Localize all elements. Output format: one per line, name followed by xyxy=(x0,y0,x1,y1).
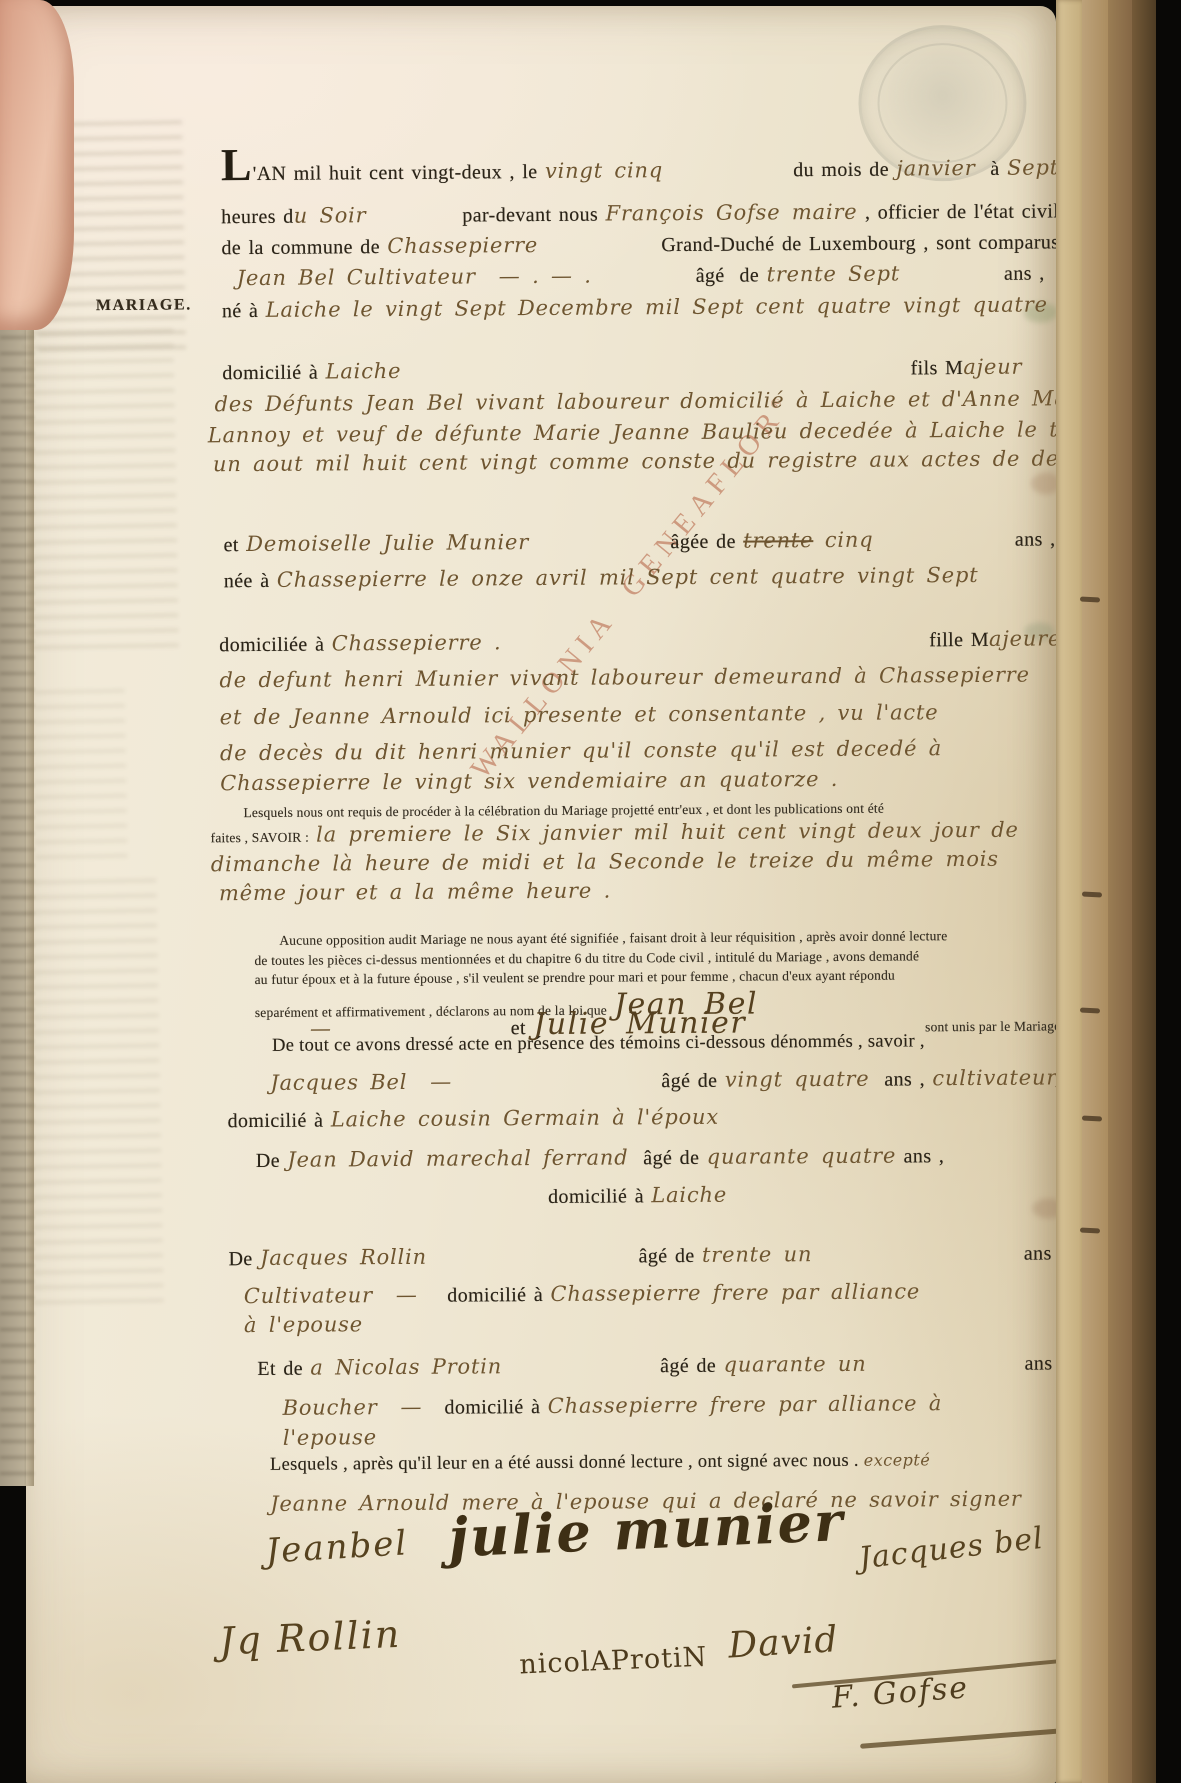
text-segment: Laiche xyxy=(325,359,401,384)
signature-nicolas-protin: nicolAProtiN xyxy=(519,1642,708,1681)
text-segment: domicilié à xyxy=(418,1284,551,1308)
spacer xyxy=(427,1262,639,1263)
bleed-through-text xyxy=(23,329,179,662)
text-segment: Laiche cousin Germain à l'époux xyxy=(331,1105,719,1132)
text-segment: ans , xyxy=(1015,528,1056,551)
signature-jean-bel: Jeanbel xyxy=(264,1523,409,1571)
line-witness1-domicile: domicilié à Laiche cousin Germain à l'ép… xyxy=(227,1103,947,1133)
book-scan-background: { "document": { "margin_label": "MARIAGE… xyxy=(0,0,1181,1783)
text-segment: Lannoy et veuf de défunte Marie Jeanne B… xyxy=(208,417,1120,447)
text-segment: au futur époux et à la future épouse , s… xyxy=(255,968,896,988)
text-segment: âgé de xyxy=(696,264,767,287)
text-segment: — xyxy=(377,1395,422,1419)
book-page-edges xyxy=(1108,0,1132,1783)
line-bride-parents-4: Chassepierre le vingt six vendemiaire an… xyxy=(220,766,920,795)
text-segment: François Gofse maire xyxy=(605,200,857,226)
text-segment: Chassepierre frere par alliance à xyxy=(548,1391,943,1418)
text-segment: Lesquels , après qu'il leur en a été aus… xyxy=(270,1451,864,1476)
line-witness4-occupation-domicile: Boucher — domicilié à Chassepierre frere… xyxy=(282,1390,1064,1420)
line-publications-hand-2: même jour et a la même heure . xyxy=(219,876,919,905)
book-page-edges xyxy=(1056,0,1082,1783)
line-groom-parents-1: des Défunts Jean Bel vivant laboureur do… xyxy=(214,386,1062,416)
text-segment: 'AN mil huit cent vingt-deux , le xyxy=(253,161,545,186)
text-segment: et xyxy=(223,534,246,557)
text-segment: Chassepierre le onze avril mil Sept cent… xyxy=(277,563,979,592)
spacer xyxy=(502,1372,660,1373)
line-bride-name-age: et Demoiselle Julie Munierâgée de trente… xyxy=(223,526,1055,557)
text-segment: à xyxy=(975,158,1007,181)
text-segment: cinq xyxy=(813,528,873,552)
line-groom-birth: né à Laiche le vingt Sept Decembre mil S… xyxy=(222,292,1062,323)
text-segment: Chassepierre . xyxy=(332,630,502,655)
text-segment: L xyxy=(221,148,252,181)
line-witness2-name-age: De Jean David marechal ferrand âgé de qu… xyxy=(256,1142,1066,1173)
text-segment: quarante un xyxy=(723,1352,866,1377)
text-segment: Demoiselle Julie Munier xyxy=(246,530,529,556)
text-segment: la premiere le Six janvier mil huit cent… xyxy=(316,818,1019,847)
line-bride-domicile: domiciliée à Chassepierre .fille Majeure xyxy=(219,626,1061,657)
line-publications-hand-1: dimanche là heure de midi et la Seconde … xyxy=(211,846,1051,876)
text-segment: faites , SAVOIR : xyxy=(211,830,317,847)
text-segment: Jean David marechal ferrand xyxy=(287,1145,628,1171)
line-witness3-relation: à l'epouse xyxy=(244,1311,564,1337)
text-segment: domiciliée à xyxy=(219,633,332,657)
text-segment: ans , xyxy=(869,1068,932,1091)
text-segment: Jacques Rollin xyxy=(260,1245,427,1270)
line-witnesses-intro: De tout ce avons dressé acte en présence… xyxy=(272,1030,1064,1057)
text-segment: à l'epouse xyxy=(244,1312,363,1337)
text-segment: même jour et a la même heure . xyxy=(219,879,611,906)
signature-jq-rollin: Jq Rollin xyxy=(218,1612,402,1664)
text-segment: trente un xyxy=(702,1242,812,1267)
line-witness3-occupation-domicile: Cultivateur — domicilié à Chassepierre f… xyxy=(244,1278,1066,1309)
line-groom-domicile: domicilié à Laichefils Majeur xyxy=(222,355,1022,386)
binding-stitch xyxy=(1082,1115,1102,1121)
watermark: WALLONIA GENEAFLOR® xyxy=(464,441,757,786)
text-segment: trente Sept xyxy=(766,261,900,286)
text-segment: trente xyxy=(743,528,813,552)
text-segment: De xyxy=(228,1248,260,1271)
text-segment: des Défunts Jean Bel vivant laboureur do… xyxy=(214,386,1099,416)
text-segment: domicilié à xyxy=(548,1185,651,1209)
text-segment: u Soir xyxy=(294,203,367,228)
text-segment: Boucher xyxy=(282,1395,377,1420)
text-segment: âgé de xyxy=(660,1355,724,1378)
text-segment: Lesquels nous ont requis de procéder à l… xyxy=(243,801,884,821)
text-segment: vingt quatre xyxy=(725,1067,870,1092)
spacer xyxy=(592,282,696,283)
text-segment: Chassepierre le vingt six vendemiaire an… xyxy=(220,767,838,795)
binding-stitch xyxy=(1080,1007,1100,1013)
spacer xyxy=(874,546,1015,547)
text-segment: a Nicolas Protin xyxy=(310,1354,502,1379)
text-segment: excepté xyxy=(864,1450,931,1469)
line-groom-name-age: Jean Bel Cultivateur — . — .âgé de trent… xyxy=(237,260,1045,291)
line-bride-parents-1: de defunt henri Munier vivant laboureur … xyxy=(219,662,1064,692)
text-segment: né à xyxy=(222,300,266,323)
text-segment: ans , xyxy=(896,1145,944,1168)
text-segment: Laiche xyxy=(651,1183,727,1208)
text-segment: dimanche là heure de midi et la Seconde … xyxy=(211,847,999,877)
book-binding-edge xyxy=(1132,0,1156,1783)
text-segment: du mois de xyxy=(793,159,896,183)
signature-jean-david: David xyxy=(727,1619,839,1666)
line-publications-print-2: faites , SAVOIR : la premiere le Six jan… xyxy=(210,817,1062,847)
text-segment: de la commune de xyxy=(221,236,387,260)
text-segment: heures d xyxy=(221,206,294,230)
text-segment: Cultivateur xyxy=(244,1283,373,1308)
line-no-opposition-2: de toutes les pièces ci-dessus mentionné… xyxy=(254,947,1064,969)
text-segment: et de Jeanne Arnould ici presente et con… xyxy=(220,700,939,729)
binding-stitch xyxy=(1080,1227,1100,1233)
line-hour-officer: heures du Soirpar-devant nous François G… xyxy=(221,198,1059,229)
text-segment: de defunt henri Munier vivant laboureur … xyxy=(219,663,1030,693)
text-segment: ajeure xyxy=(989,626,1061,651)
line-witness1-name-age: Jacques Bel —âgé de vingt quatre ans , c… xyxy=(270,1065,1062,1096)
text-segment: âgé de xyxy=(628,1147,706,1171)
text-segment: Laiche le vingt Sept Decembre mil Sept c… xyxy=(266,292,1048,321)
spacer xyxy=(502,646,930,649)
spacer xyxy=(538,251,661,252)
line-witness2-domicile: domicilié à Laiche xyxy=(548,1181,1008,1209)
text-segment: âgé de xyxy=(638,1245,702,1268)
text-segment: par-devant nous xyxy=(462,204,605,228)
bleed-through-text xyxy=(24,879,163,1311)
line-witness3-name-age: De Jacques Rollinâgé de trente unans , xyxy=(228,1240,1064,1271)
line-bride-parents-2: et de Jeanne Arnould ici presente et con… xyxy=(220,699,1060,729)
text-segment: née à xyxy=(224,570,277,593)
text-segment: domicilié à xyxy=(222,361,325,385)
text-segment: ans , xyxy=(1004,262,1045,285)
spacer xyxy=(529,548,670,549)
text-segment: de decès du dit henri munier qu'il const… xyxy=(220,736,942,765)
line-bride-parents-3: de decès du dit henri munier qu'il const… xyxy=(220,735,1065,765)
line-no-opposition-1: Aucune opposition audit Mariage ne nous … xyxy=(279,927,1063,948)
text-segment: Chassepierre xyxy=(387,233,538,258)
text-segment: un aout mil huit cent vingt comme conste… xyxy=(213,446,1097,476)
text-segment: — . — . xyxy=(476,264,592,289)
text-segment: fille M xyxy=(929,629,989,652)
signature-f-gofse-officer: F. Gofse xyxy=(830,1670,970,1715)
spacer xyxy=(663,176,793,177)
text-segment: Chassepierre frere par alliance xyxy=(550,1279,920,1306)
spacer xyxy=(401,374,910,378)
text-segment: Sept xyxy=(1007,155,1059,179)
text-segment: fils M xyxy=(910,357,963,380)
bleed-through-text xyxy=(33,689,128,861)
spacer xyxy=(900,280,1004,281)
finger-holding-page xyxy=(0,0,74,330)
line-witness4-name-age: Et de a Nicolas Protinâgé de quarante un… xyxy=(257,1350,1065,1381)
text-segment: — xyxy=(373,1283,418,1307)
line-bride-birth: née à Chassepierre le onze avril mil Sep… xyxy=(224,562,1064,593)
text-segment: Aucune opposition audit Mariage ne nous … xyxy=(279,928,947,949)
text-segment: De xyxy=(256,1150,288,1173)
text-segment: Jacques Bel xyxy=(270,1070,407,1095)
text-segment: Jean Bel Cultivateur xyxy=(237,264,476,290)
text-segment: cultivateur, xyxy=(932,1065,1062,1090)
text-segment: quarante quatre xyxy=(707,1144,897,1169)
spacer xyxy=(367,222,463,223)
text-segment: Grand-Duché de Luxembourg , sont comparu… xyxy=(661,231,1059,257)
text-segment: domicilié à xyxy=(422,1396,548,1420)
line-witness4-relation: l'epouse xyxy=(283,1424,603,1450)
line-groom-parents-3: un aout mil huit cent vingt comme conste… xyxy=(213,446,1053,476)
spacer xyxy=(867,1370,1025,1371)
text-segment: âgée de xyxy=(670,531,743,555)
binding-stitch xyxy=(1082,891,1102,897)
text-segment: vingt cinq xyxy=(545,158,663,183)
line-closing-print: Lesquels , après qu'il leur en a été aus… xyxy=(270,1449,1070,1476)
text-segment: Et de xyxy=(257,1358,310,1381)
text-segment: , officier de l'état civil xyxy=(857,200,1059,224)
binding-stitch xyxy=(1080,596,1100,602)
line-opening-date: L'AN mil huit cent vingt-deux , le vingt… xyxy=(221,142,1059,186)
line-commune: de la commune de ChassepierreGrand-Duché… xyxy=(221,229,1059,260)
text-segment: âgé de xyxy=(661,1070,725,1093)
spacer xyxy=(452,1087,661,1088)
text-segment: De tout ce avons dressé acte en présence… xyxy=(272,1031,925,1057)
text-segment: ajeur xyxy=(963,355,1022,379)
text-segment: l'epouse xyxy=(283,1425,377,1450)
signature-jacques-bel: Jacques bel xyxy=(857,1521,1045,1576)
text-segment: de toutes les pièces ci-dessus mentionné… xyxy=(254,948,919,969)
text-segment: domicilié à xyxy=(227,1109,330,1133)
text-segment: — xyxy=(407,1070,452,1094)
spacer xyxy=(812,1260,1024,1261)
text-segment: janvier xyxy=(896,156,975,181)
line-groom-parents-2: Lannoy et veuf de défunte Marie Jeanne B… xyxy=(208,417,1058,447)
